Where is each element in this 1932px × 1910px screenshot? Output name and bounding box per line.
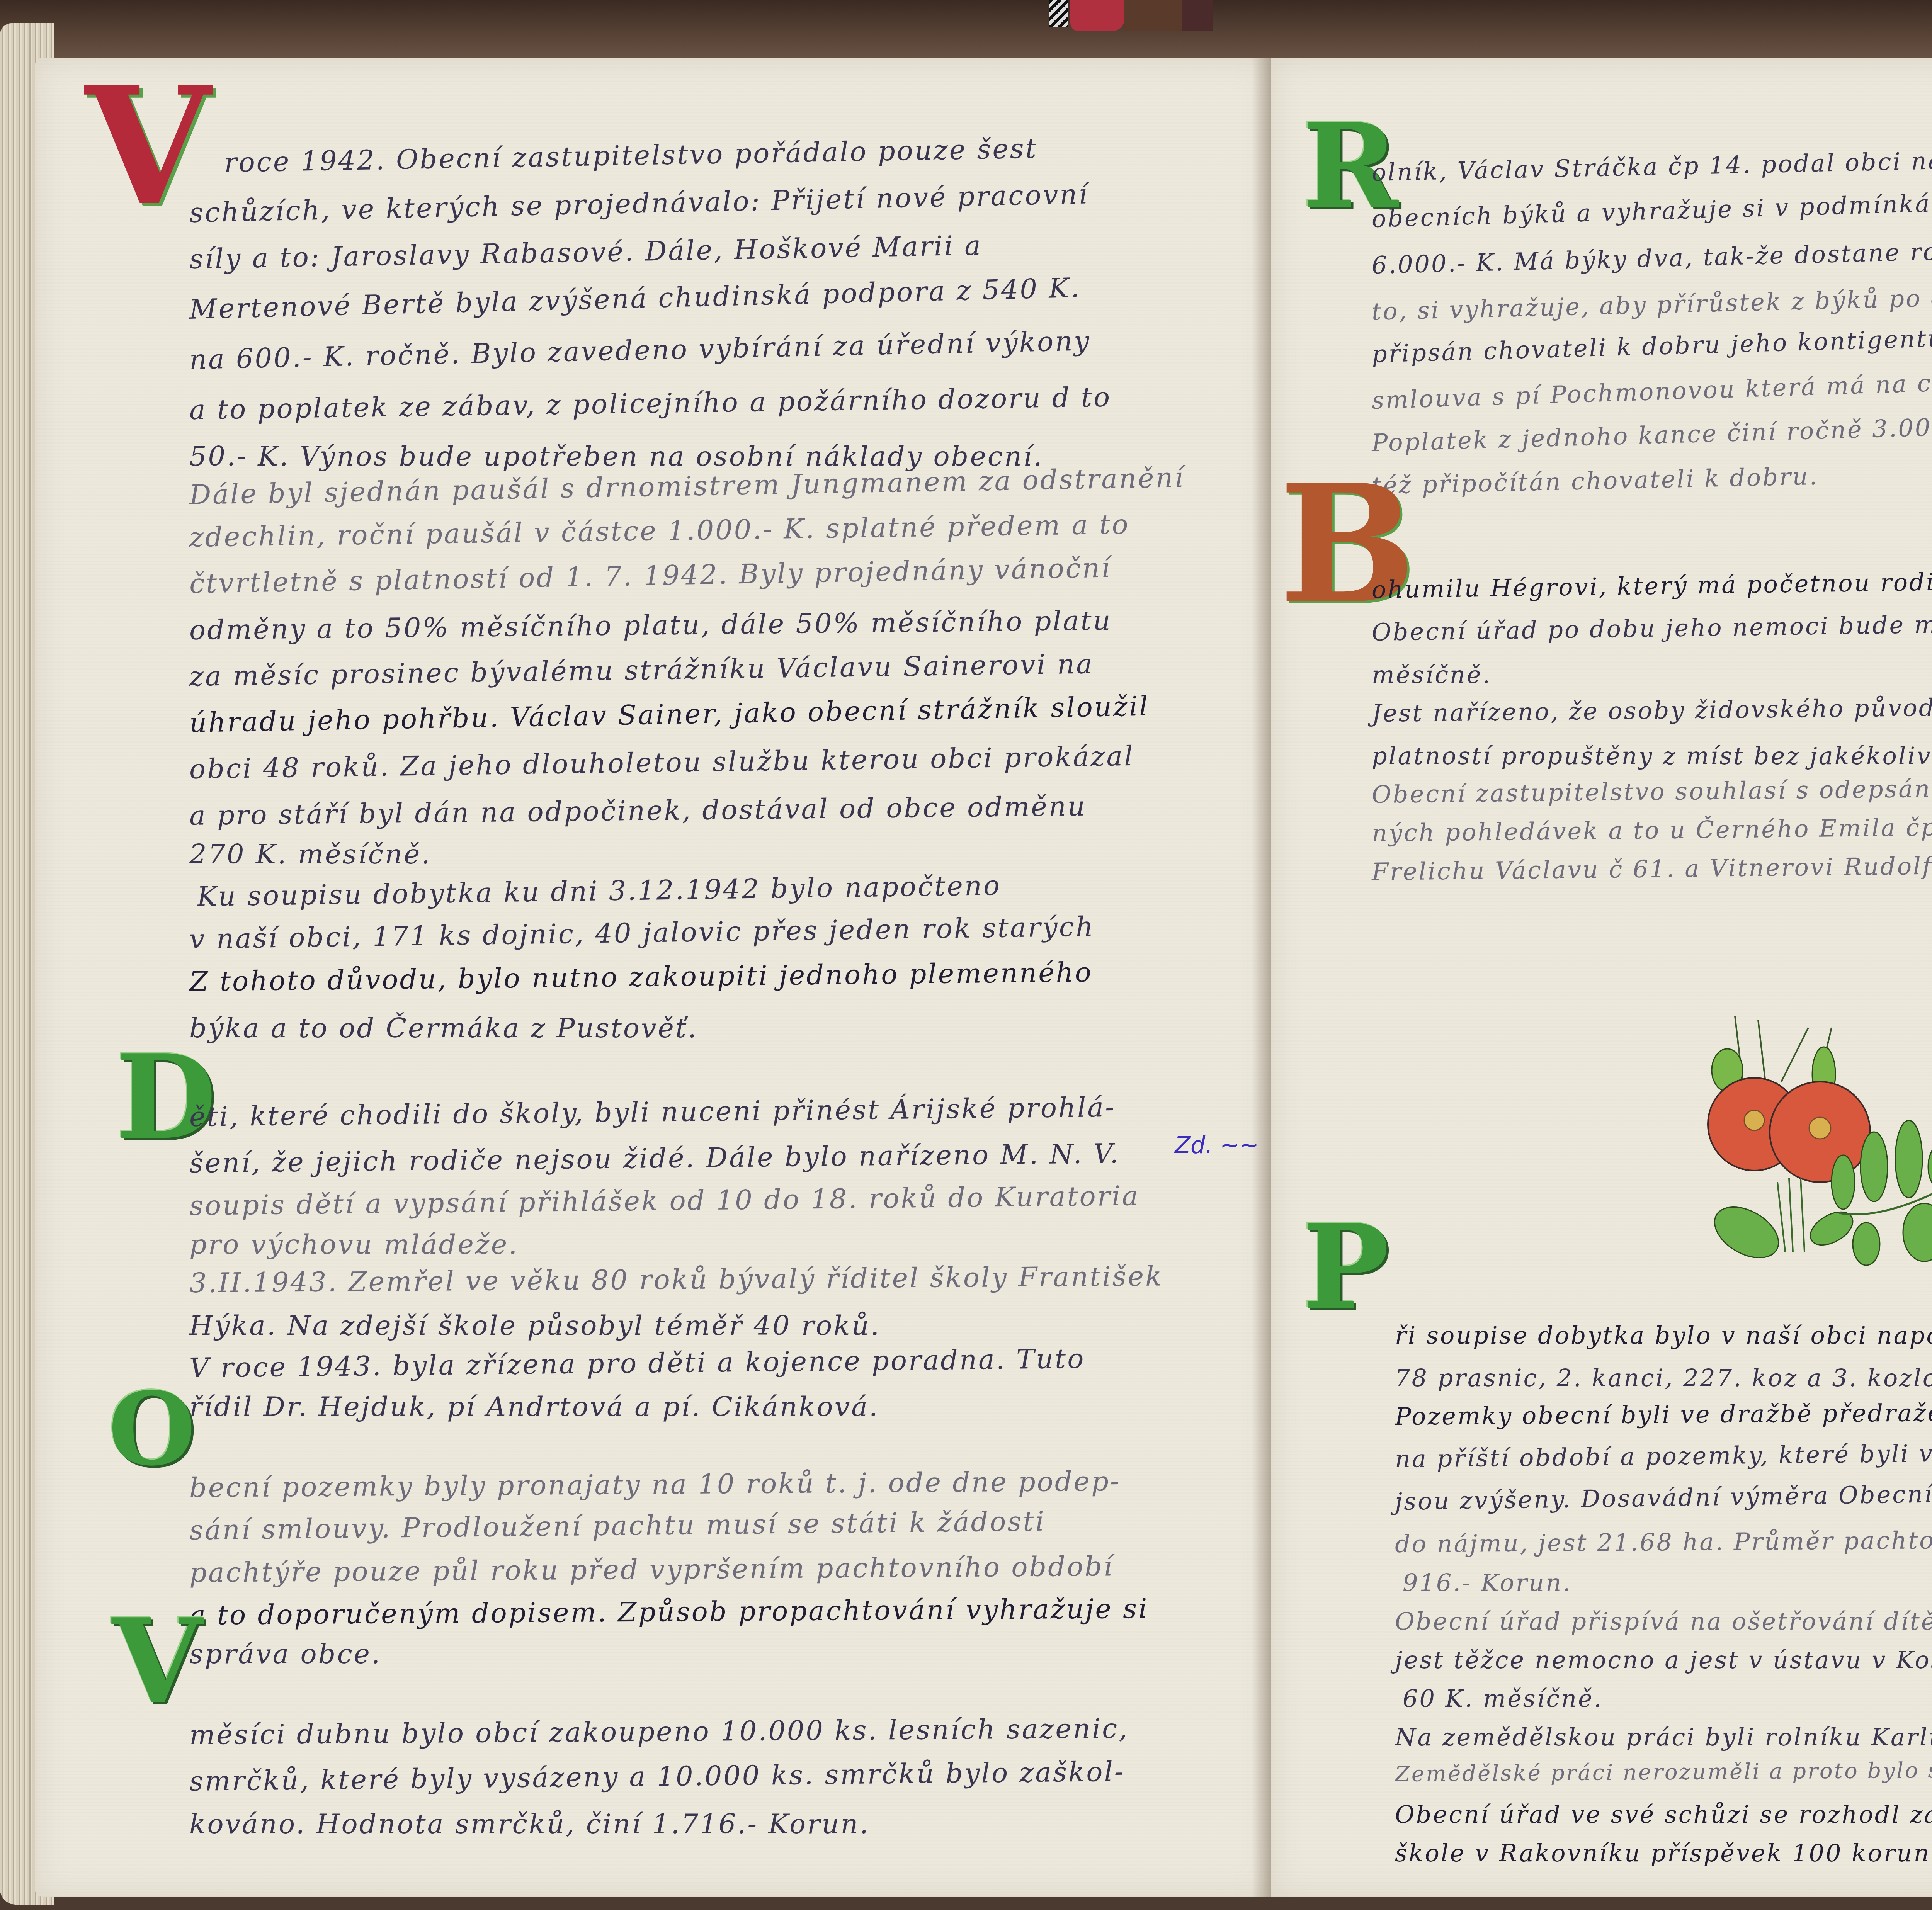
text-line: síly a to: Jaroslavy Rabasové. Dále, Hoš…: [189, 229, 982, 275]
margin-annotation-blue: Zd. ~~: [1175, 1132, 1259, 1159]
text-line: soupis dětí a vypsání přihlášek od 10 do…: [189, 1180, 1140, 1222]
text-line: schůzích, ve kterých se projednávalo: Př…: [189, 178, 1089, 229]
text-line: kováno. Hodnota smrčků, činí 1.716.- Kor…: [189, 1808, 870, 1840]
text-line: Na zemědělskou práci byli rolníku Karlu …: [1395, 1723, 1932, 1751]
text-line: Obecní úřad po dobu jeho nemoci bude mu …: [1371, 605, 1932, 646]
decorated-initial-o-green: O: [108, 1379, 196, 1480]
text-line: ěti, které chodili do školy, byli nuceni…: [189, 1091, 1116, 1133]
text-line: měsíci dubnu bylo obcí zakoupeno 10.000 …: [189, 1713, 1129, 1751]
text-line: ři soupise dobytka bylo v naší obci napo…: [1395, 1321, 1932, 1349]
text-line: Poplatek z jednoho kance činí ročně 3.00…: [1371, 407, 1932, 457]
text-line: řídil Dr. Hejduk, pí Andrtová a pí. Ciká…: [189, 1391, 879, 1422]
text-line: za měsíc prosinec bývalému strážníku Vác…: [189, 648, 1094, 692]
headband-red: [1070, 0, 1124, 31]
text-line: 270 K. měsíčně.: [189, 838, 432, 870]
decorated-initial-p-green: P: [1302, 1209, 1389, 1325]
text-line: odměny a to 50% měsíčního platu, dále 50…: [189, 605, 1112, 646]
text-line: též připočítán chovateli k dobru.: [1371, 462, 1819, 500]
text-line: do nájmu, jest 21.68 ha. Průměr pachtovn…: [1395, 1524, 1932, 1558]
text-line: 6.000.- K. Má býky dva, tak-že dostane r…: [1371, 228, 1932, 279]
text-line: a pro stáří byl dán na odpočinek, dostáv…: [189, 790, 1087, 831]
text-line: Mertenové Bertě byla zvýšená chudinská p…: [189, 272, 1081, 325]
text-line: V roce 1943. byla zřízena pro děti a koj…: [189, 1343, 1085, 1384]
text-line: 78 prasnic, 2. kanci, 227. koz a 3. kozl…: [1395, 1364, 1932, 1392]
text-line: ných pohledávek a to u Černého Emila čp …: [1372, 810, 1932, 847]
text-line: Obecní úřad přispívá na ošetřování dítět…: [1395, 1607, 1932, 1635]
text-line: na příští období a pozemky, které byli v…: [1395, 1436, 1932, 1473]
text-line: 916.- Korun.: [1403, 1568, 1572, 1597]
text-line: správa obce.: [189, 1638, 381, 1670]
text-line: pro výchovu mládeže.: [189, 1229, 519, 1260]
text-line: obecních býků a vyhražuje si v podmínkác…: [1371, 177, 1932, 233]
text-line: obci 48 roků. Za jeho dlouholetou službu…: [189, 740, 1134, 785]
text-line: býka a to od Čermáka z Pustověť.: [189, 1012, 698, 1044]
text-line: zdechlin, roční paušál v částce 1.000.- …: [189, 508, 1130, 553]
book-binding-top: [0, 0, 1932, 66]
text-line: to, si vyhražuje, aby přírůstek z býků p…: [1371, 278, 1932, 326]
text-line: roce 1942. Obecní zastupitelstvo pořádal…: [224, 133, 1038, 178]
text-line: olník, Václav Stráčka čp 14. podal obci …: [1371, 138, 1932, 187]
text-line: Zemědělské práci nerozuměli a proto bylo…: [1395, 1755, 1932, 1787]
text-line: a to poplatek ze zábav, z policejního a …: [189, 381, 1111, 426]
text-line: šení, že jejich rodiče nejsou židé. Dále…: [189, 1138, 1120, 1179]
text-line: Frelichu Václavu č 61. a Vitnerovi Rudol…: [1372, 847, 1932, 886]
left-page: V roce 1942. Obecní zastupitelstvo pořád…: [35, 58, 1271, 1897]
text-line: smrčků, které byly vysázeny a 10.000 ks.…: [189, 1756, 1125, 1797]
text-line: 3.II.1943. Zemřel ve věku 80 roků bývalý…: [189, 1260, 1163, 1299]
text-line: Pozemky obecní byli ve dražbě předraženy…: [1395, 1396, 1932, 1431]
text-line: Z tohoto důvodu, bylo nutno zakoupiti je…: [189, 957, 1093, 997]
text-line: pachtýře pouze půl roku před vypršením p…: [189, 1550, 1114, 1589]
text-line: 60 K. měsíčně.: [1403, 1684, 1603, 1713]
text-line: Jest nařízeno, že osoby židovského původ…: [1372, 690, 1932, 727]
bookmark-ribbon-striped: [1049, 0, 1068, 27]
text-line: Hýka. Na zdejší škole působyl téměř 40 r…: [189, 1310, 881, 1341]
decorated-initial-v-green: V: [112, 1603, 202, 1719]
text-line: úhradu jeho pohřbu. Václav Sainer, jako …: [189, 690, 1150, 739]
rose-flower-illustration: [1692, 1004, 1932, 1275]
text-line: v naší obci, 171 ks dojnic, 40 jalovic p…: [189, 911, 1095, 955]
text-line: Ku soupisu dobytka ku dni 3.12.1942 bylo…: [197, 870, 1001, 913]
text-line: Obecní zastupitelstvo souhlasí s odepsán…: [1372, 771, 1932, 809]
text-line: a to doporučeným dopisem. Způsob propach…: [189, 1593, 1149, 1631]
right-page: R olník, Václav Stráčka čp 14. podal obc…: [1271, 58, 1932, 1897]
decorated-initial-d-green: D: [116, 1039, 216, 1155]
text-line: na 600.- K. ročně. Bylo zavedeno vybírán…: [189, 325, 1091, 376]
text-line: becní pozemky byly pronajaty na 10 roků …: [189, 1465, 1121, 1504]
text-line: jsou zvýšeny. Dosavádní výměra Obecních …: [1395, 1475, 1932, 1516]
text-line: platností propuštěny z míst bez jakékoli…: [1372, 742, 1932, 770]
text-line: jest těžce nemocno a jest v ústavu v Kos…: [1395, 1646, 1932, 1674]
text-line: čtvrtletně s platností od 1. 7. 1942. By…: [189, 552, 1112, 600]
text-line: Obecní úřad ve své schůzi se rozhodl zas…: [1395, 1800, 1932, 1828]
text-line: sání smlouvy. Prodloužení pachtu musí se…: [189, 1506, 1046, 1546]
text-line: měsíčně.: [1372, 661, 1492, 689]
text-line: škole v Rakovníku příspěvek 100 korun.: [1395, 1839, 1932, 1867]
text-line: smlouva s pí Pochmonovou která má na cho…: [1371, 359, 1932, 415]
text-line: ohumilu Hégrovi, který má početnou rodin…: [1371, 563, 1932, 604]
book-cover-floral: [1182, 0, 1213, 31]
